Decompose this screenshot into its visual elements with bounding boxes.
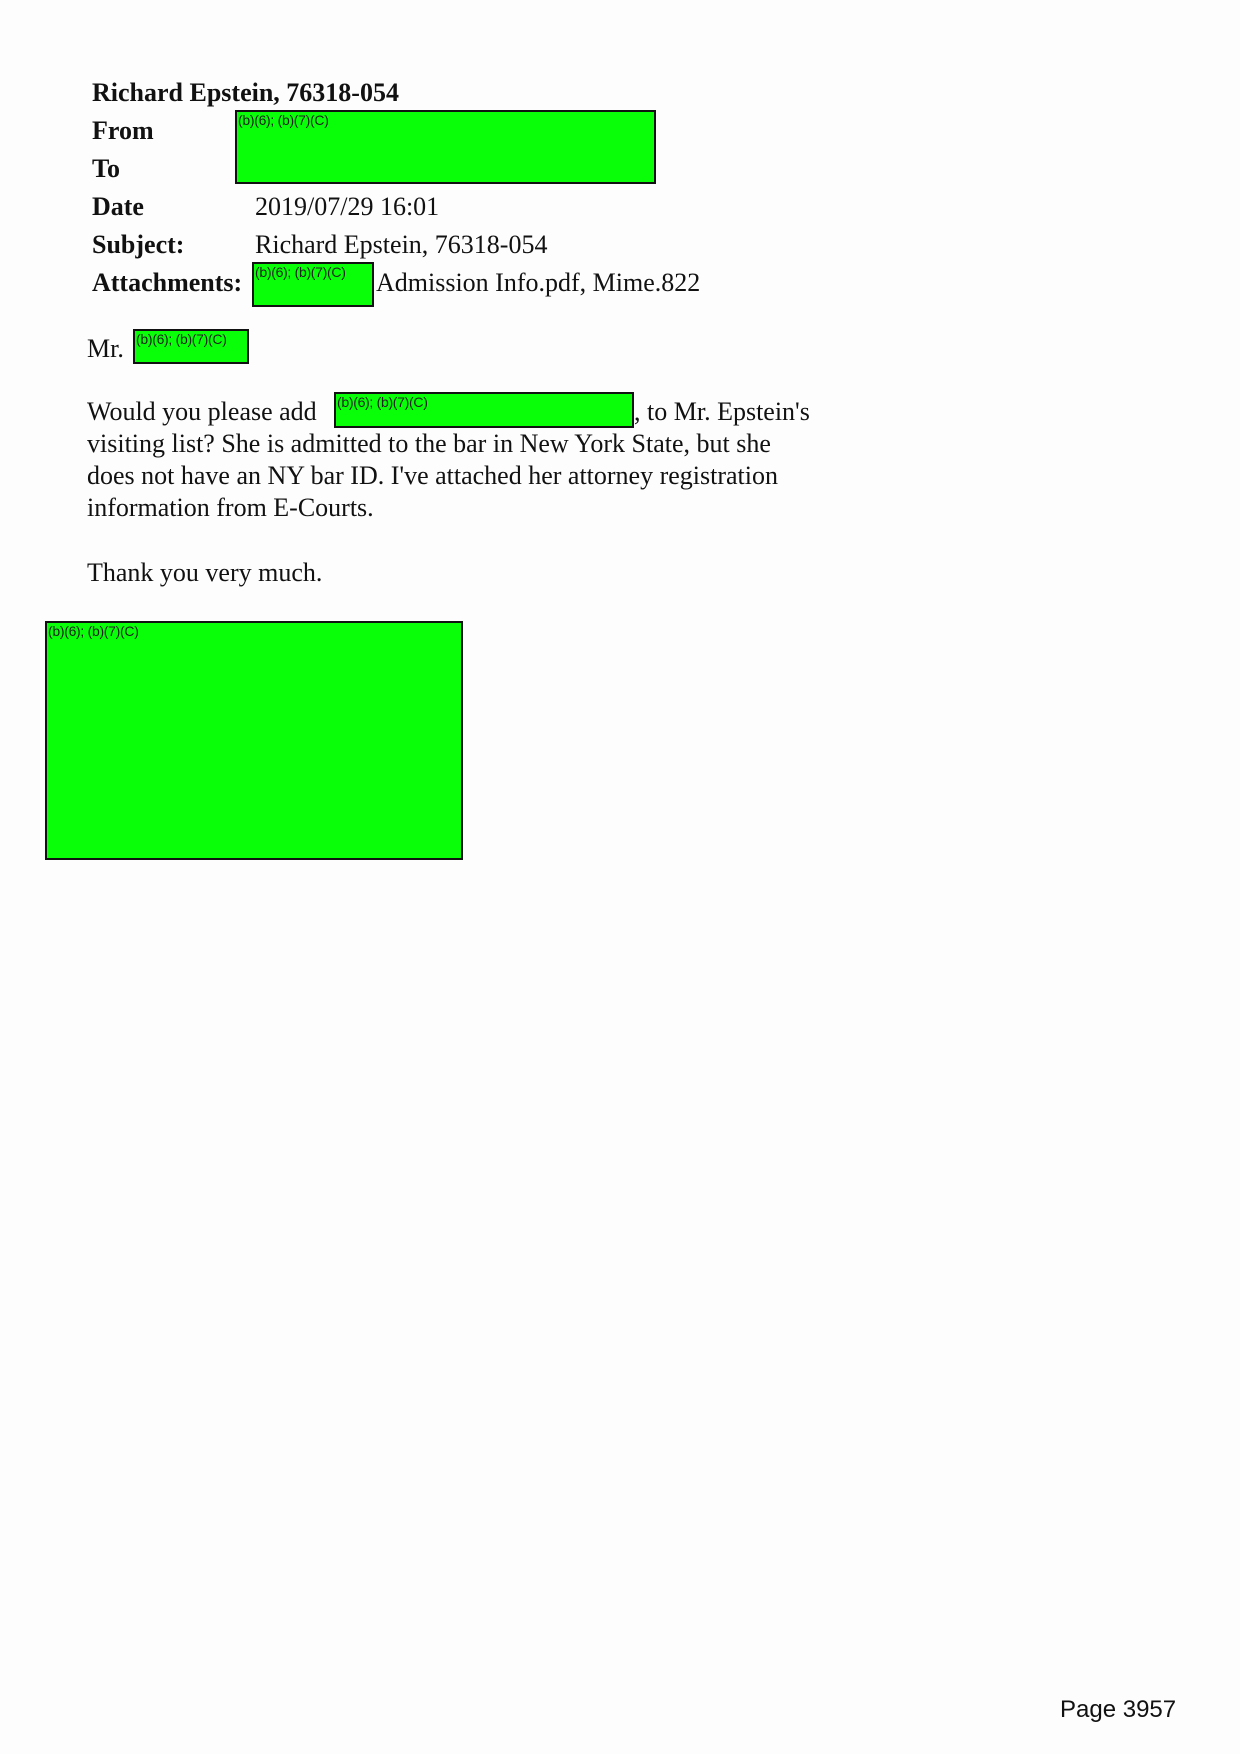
page-number: Page 3957 (1060, 1696, 1176, 1724)
closing-line: Thank you very much. (87, 557, 322, 589)
attachments-label: Attachments: (92, 268, 242, 298)
redaction-code: (b)(6); (b)(7)(C) (136, 331, 227, 347)
redaction-code: (b)(6); (b)(7)(C) (255, 264, 346, 280)
redaction-signature-block: (b)(6); (b)(7)(C) (45, 621, 463, 860)
body-line-4: information from E-Courts. (87, 492, 374, 524)
body-line-3: does not have an NY bar ID. I've attache… (87, 460, 778, 492)
redaction-from-to: (b)(6); (b)(7)(C) (235, 110, 656, 184)
body-line-1-end: , to Mr. Epstein's (634, 396, 810, 428)
redaction-code: (b)(6); (b)(7)(C) (48, 623, 139, 639)
redaction-attachment: (b)(6); (b)(7)(C) (252, 262, 374, 307)
redaction-code: (b)(6); (b)(7)(C) (337, 394, 428, 410)
attachments-value[interactable]: Admission Info.pdf, Mime.822 (376, 268, 700, 298)
subject-value: Richard Epstein, 76318-054 (255, 230, 547, 260)
redaction-attorney-name: (b)(6); (b)(7)(C) (334, 392, 634, 428)
body-line-1-start: Would you please add (87, 396, 317, 428)
redaction-code: (b)(6); (b)(7)(C) (238, 112, 329, 128)
date-label: Date (92, 192, 144, 222)
to-label: To (92, 154, 120, 184)
body-line-2: visiting list? She is admitted to the ba… (87, 428, 771, 460)
from-label: From (92, 116, 154, 146)
email-title: Richard Epstein, 76318-054 (92, 78, 399, 108)
subject-label: Subject: (92, 230, 184, 260)
date-value: 2019/07/29 16:01 (255, 192, 439, 222)
salutation: Mr. (87, 333, 124, 365)
redaction-salutation-name: (b)(6); (b)(7)(C) (133, 329, 249, 364)
